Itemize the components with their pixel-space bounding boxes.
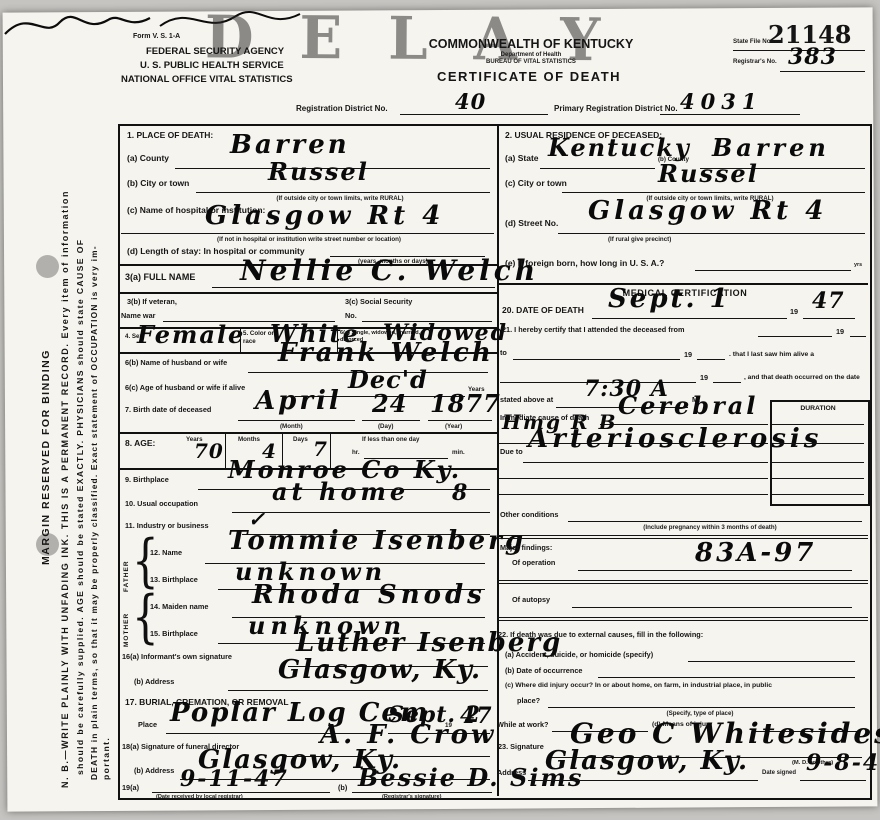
cell-divider [225, 432, 226, 468]
mother-birthplace-label: 15. Birthplace [150, 629, 198, 638]
duration-rule [772, 462, 864, 463]
registrar-no-line [780, 71, 865, 72]
accident-line [688, 661, 855, 662]
occurrence-date-label: (b) Date of occurrence [505, 666, 582, 675]
injury-where-label: (c) Where did injury occur? In or about … [505, 682, 772, 689]
certify-line3-19: 19 [700, 373, 708, 382]
injury-place-line [548, 707, 855, 708]
of-operation-label: Of operation [512, 558, 555, 567]
injury-place-caption: (Specify, type of place) [600, 710, 800, 717]
primary-district-label: Primary Registration District No. [554, 104, 678, 113]
duration-rule [772, 424, 864, 425]
occupation-label: 10. Usual occupation [125, 499, 198, 508]
agency-line3: NATIONAL OFFICE VITAL STATISTICS [121, 74, 293, 85]
veteran-label: 3(b) If veteran, [127, 297, 177, 306]
father-name-label: 12. Name [150, 548, 182, 557]
birth-day-value: 24 [372, 392, 407, 416]
form-number: Form V. S. 1-A [133, 33, 180, 40]
informant-signature-label: 16(a) Informant's own signature [122, 652, 232, 661]
double-rule [497, 583, 868, 584]
blank-rule [497, 494, 768, 495]
agency-line1: FEDERAL SECURITY AGENCY [146, 46, 284, 57]
cause-value: Cerebral [618, 394, 758, 418]
informant-address-label: (b) Address [134, 677, 174, 686]
foreign-born-suffix: yrs [854, 262, 862, 268]
date-signed-line [800, 780, 866, 781]
sex-value: Female [137, 323, 245, 347]
primary-district-value: 4031 [680, 91, 762, 112]
residence-street-caption: (If rural give precinct) [608, 236, 671, 243]
certify-line2-19: 19 [684, 350, 692, 359]
dod-year-prefix: 19 [790, 307, 798, 316]
certify-to-label: to [500, 348, 507, 357]
duration-rule [772, 494, 864, 495]
registrar-sig-caption: (Registrar's signature) [382, 794, 441, 800]
stated-above-label: stated above at [500, 395, 553, 404]
registration-district-label: Registration District No. [296, 104, 388, 113]
primary-district-line [660, 114, 800, 115]
department-line: Department of Health [400, 52, 662, 58]
certificate-title: CERTIFICATE OF DEATH [398, 69, 660, 84]
burial-place-label: Place [138, 720, 157, 729]
full-name-label: 3(a) FULL NAME [125, 272, 195, 282]
birth-month-line [238, 420, 355, 421]
duration-rule [772, 478, 864, 479]
mother-side-label: MOTHER [123, 613, 130, 647]
other-conditions-line [568, 521, 862, 522]
row-divider [118, 292, 497, 294]
margin-note-line1: N. B.—WRITE PLAINLY WITH UNFADING INK. T… [60, 190, 70, 788]
father-side-label: FATHER [123, 560, 130, 592]
day-caption: (Day) [378, 423, 393, 430]
margin-note-line2: should be carefully supplied. AGE should… [75, 239, 85, 775]
certify-line2-rule [513, 359, 680, 360]
margin-binding-text: MARGIN RESERVED FOR BINDING [40, 349, 52, 565]
month-caption: (Month) [280, 423, 303, 430]
cell-divider [240, 327, 241, 352]
physician-address-line [528, 780, 758, 781]
hospital-line [121, 233, 494, 234]
age-years-value: 70 [194, 441, 224, 461]
double-rule [497, 580, 868, 581]
director-address-label: (b) Address [134, 766, 174, 775]
full-name-value: Nellie C. Welch [240, 257, 539, 285]
other-conditions-label: Other conditions [500, 510, 558, 519]
birth-year-value: 1877 [430, 392, 501, 416]
received-date-line [152, 792, 330, 793]
registrar-no-label: Registrar's No. [733, 58, 777, 65]
residence-street-value: Glasgow Rt 4 [588, 198, 827, 224]
informant-address-line [228, 690, 488, 691]
foreign-born-line [695, 270, 851, 271]
registration-district-value: 40 [455, 91, 486, 112]
county-value: Barren [230, 132, 350, 158]
hospital-caption: (If not in hospital or institution write… [128, 236, 490, 243]
age-days-label: Days [293, 436, 308, 443]
major-findings-label: Major findings: [500, 543, 552, 552]
occurrence-date-line [598, 677, 855, 678]
city-label: (b) City or town [127, 178, 189, 188]
residence-city-line [562, 192, 865, 193]
residence-state-line [540, 168, 655, 169]
dod-year-value: 47 [812, 290, 845, 312]
blank-rule [497, 478, 768, 479]
of-operation-line [578, 570, 852, 571]
date-of-death-value: Sept. 1 [608, 286, 731, 312]
age-months-label: Months [238, 436, 260, 443]
of-operation-value: 83A-97 [695, 540, 816, 566]
certify-line1-rule [758, 336, 832, 337]
birth-month-value: April [255, 388, 342, 414]
double-rule [497, 620, 868, 621]
city-line [196, 192, 490, 193]
margin-note-line3: DEATH in plain terms, so that it may be … [89, 245, 99, 780]
certify-line2-rule2 [697, 359, 725, 360]
informant-address-value: Glasgow, Ky. [278, 657, 482, 683]
city-value: Russel [268, 160, 369, 184]
residence-city-value: Russel [658, 162, 759, 186]
certificate-content: MARGIN RESERVED FOR BINDING N. B.—WRITE … [0, 0, 880, 820]
physician-signature-value: Geo C Whitesides [570, 720, 880, 748]
certify-line1-19: 19 [836, 327, 844, 336]
physician-address-label: Address [497, 768, 526, 777]
occupation-extra-mark: 8 [452, 482, 468, 504]
foreign-born-label: (e) If foreign born, how long in U. S. A… [505, 258, 664, 268]
registrar-no-value: 383 [788, 46, 837, 68]
hospital-value: Glasgow Rt 4 [205, 203, 444, 229]
commonwealth-title: COMMONWEALTH OF KENTUCKY [400, 37, 662, 51]
certify-line1-rule2 [850, 336, 866, 337]
received-date-value: 9-11-47 [180, 768, 289, 790]
race-label2: race [243, 338, 256, 345]
occupation-line [232, 512, 490, 513]
external-causes-title: 22. If death was due to external causes,… [498, 630, 703, 639]
double-rule [497, 535, 868, 536]
birth-day-line [362, 420, 420, 421]
birthdate-label: 7. Birth date of deceased [125, 405, 211, 414]
year-caption: (Year) [445, 423, 462, 430]
duration-rule [772, 443, 864, 444]
due-to-label: Due to [500, 447, 523, 456]
scanned-death-certificate: MARGIN RESERVED FOR BINDING N. B.—WRITE … [0, 0, 880, 820]
age-less-label: If less than one day [362, 436, 419, 443]
husband-label: 6(b) Name of husband or wife [125, 358, 227, 367]
physician-address-value: Glasgow, Ky. [545, 748, 749, 774]
birth-year-line [428, 420, 492, 421]
registrar-sig-line [352, 792, 492, 793]
of-autopsy-label: Of autopsy [512, 595, 550, 604]
row-divider [118, 432, 497, 434]
due-line [523, 462, 768, 463]
ssn-label: 3(c) Social Security [345, 297, 412, 306]
date-signed-label: Date signed [762, 770, 796, 776]
father-name-value: Tommie Isenberg [228, 528, 526, 554]
date-of-death-label: 20. DATE OF DEATH [502, 305, 584, 315]
occupation-value: at home [272, 480, 409, 504]
duration-box [770, 400, 870, 506]
hole-punch-top [36, 255, 59, 278]
residence-city-label: (c) City or town [505, 178, 567, 188]
registrar-sig-label: (b) [338, 783, 347, 792]
other-conditions-caption: (Include pregnancy within 3 months of de… [560, 524, 860, 531]
mother-name-label: 14. Maiden name [150, 602, 208, 611]
birthplace-label: 9. Birthplace [125, 475, 169, 484]
agency-line2: U. S. PUBLIC HEALTH SERVICE [140, 60, 284, 71]
husband-value: Frank Welch [278, 340, 494, 366]
received-label: 19(a) [122, 783, 139, 792]
column-divider [497, 124, 499, 796]
certify-line1: 21. I hereby certify that I attended the… [502, 325, 684, 334]
full-name-line [212, 287, 495, 288]
residence-state-label: (a) State [505, 153, 539, 163]
age-label: 8. AGE: [125, 438, 155, 448]
residence-street-label: (d) Street No. [505, 218, 558, 228]
state-file-label: State File No. [733, 38, 772, 45]
injury-place-label: place? [517, 696, 540, 705]
of-autopsy-line [572, 607, 852, 608]
duration-label: DURATION [770, 405, 866, 412]
margin-note-line4: portant. [101, 737, 111, 780]
husband-age-label: 6(c) Age of husband or wife if alive [125, 383, 245, 392]
county-label: (a) County [127, 153, 169, 163]
date-of-death-line [592, 318, 787, 319]
certify-line2-text: . that I last saw him alive a [729, 351, 814, 358]
residence-county-value: Barren [712, 136, 830, 160]
bureau-line: BUREAU OF VITAL STATISTICS [400, 59, 662, 65]
certify-line3-text: , and that death occurred on the date [744, 374, 860, 381]
veteran-war-label: Name war [121, 311, 155, 320]
double-rule [497, 617, 868, 618]
place-of-death-title: 1. PLACE OF DEATH: [127, 130, 213, 140]
certify-line3-rule2 [713, 382, 741, 383]
mother-name-value: Rhoda Snods [252, 582, 486, 608]
while-at-work-label: While at work? [497, 720, 549, 729]
received-date-caption: (Date received by local registrar) [156, 794, 243, 800]
date-signed-value: 9-8-47 [806, 752, 880, 774]
residence-street-line [558, 233, 865, 234]
physician-signature-label: 23. Signature [498, 742, 544, 751]
registration-district-line [400, 114, 548, 115]
accident-label: (a) Accident, suicide, or homicide (spec… [505, 650, 653, 659]
dod-year-line [803, 318, 855, 319]
